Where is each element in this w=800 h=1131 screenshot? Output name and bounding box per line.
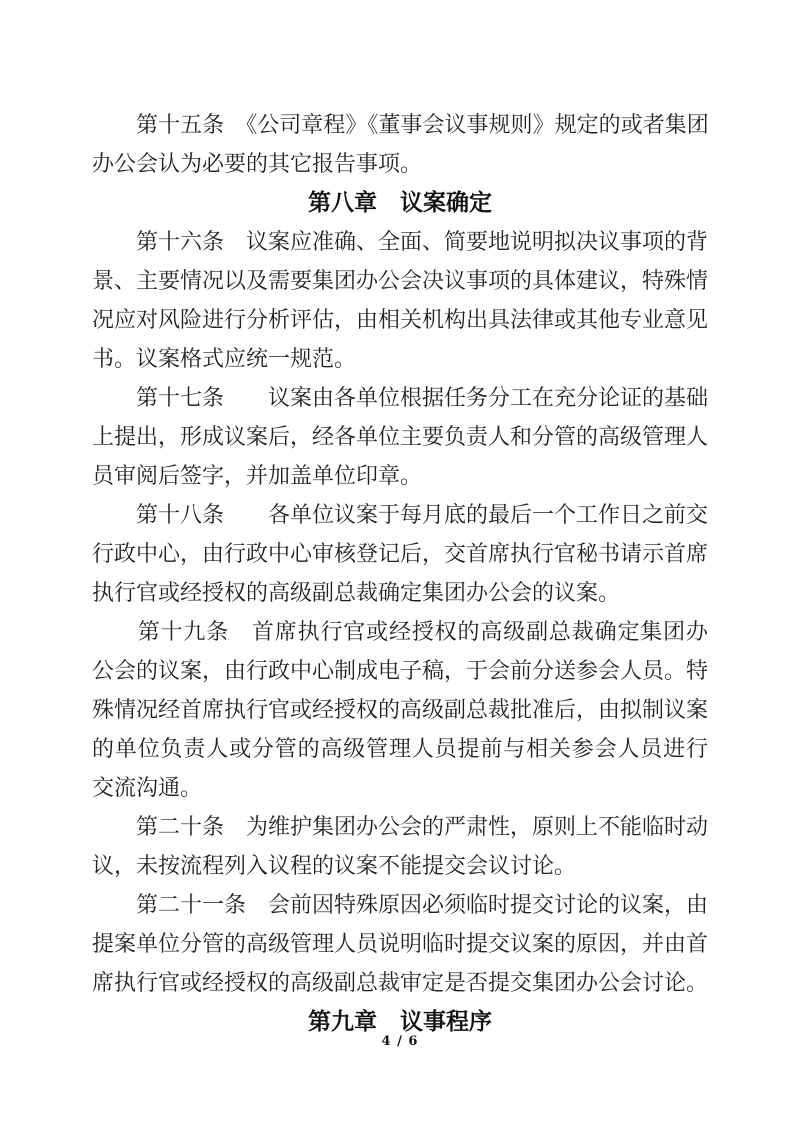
text-line: 第十六条 议案应准确、全面、简要地说明拟决议事项的背: [92, 223, 708, 262]
article-paragraph: 第十九条 首席执行官或经授权的高级副总裁确定集团办公会的议案，由行政中心制成电子…: [92, 613, 708, 808]
text-line: 议，未按流程列入议程的议案不能提交会议讨论。: [92, 847, 708, 886]
text-line: 第十九条 首席执行官或经授权的高级副总裁确定集团办: [92, 613, 708, 652]
page-number: 4 / 6: [0, 1033, 800, 1051]
text-line: 第二十条 为维护集团办公会的严肃性，原则上不能临时动: [92, 808, 708, 847]
text-line: 景、主要情况以及需要集团办公会决议事项的具体建议，特殊情: [92, 262, 708, 301]
article-paragraph: 第二十一条 会前因特殊原因必须临时提交讨论的议案，由提案单位分管的高级管理人员说…: [92, 886, 708, 1003]
text-line: 公会的议案，由行政中心制成电子稿，于会前分送参会人员。特: [92, 652, 708, 691]
text-line: 办公会认为必要的其它报告事项。: [92, 145, 708, 184]
text-line: 席执行官或经授权的高级副总裁审定是否提交集团办公会讨论。: [92, 964, 708, 1003]
text-line: 殊情况经首席执行官或经授权的高级副总裁批准后，由拟制议案: [92, 691, 708, 730]
text-line: 执行官或经授权的高级副总裁确定集团办公会的议案。: [92, 574, 708, 613]
text-line: 第十八条 各单位议案于每月底的最后一个工作日之前交: [92, 496, 708, 535]
chapter-heading: 第八章 议案确定: [92, 184, 708, 223]
text-line: 书。议案格式应统一规范。: [92, 340, 708, 379]
text-line: 第十七条 议案由各单位根据任务分工在充分论证的基础: [92, 379, 708, 418]
text-line: 交流沟通。: [92, 769, 708, 808]
text-line: 第十五条 《公司章程》《董事会议事规则》规定的或者集团: [92, 106, 708, 145]
document-page: 第十五条 《公司章程》《董事会议事规则》规定的或者集团办公会认为必要的其它报告事…: [0, 0, 800, 1131]
text-line: 况应对风险进行分析评估，由相关机构出具法律或其他专业意见: [92, 301, 708, 340]
text-line: 员审阅后签字，并加盖单位印章。: [92, 457, 708, 496]
text-line: 上提出，形成议案后，经各单位主要负责人和分管的高级管理人: [92, 418, 708, 457]
document-body: 第十五条 《公司章程》《董事会议事规则》规定的或者集团办公会认为必要的其它报告事…: [92, 106, 708, 1042]
text-line: 的单位负责人或分管的高级管理人员提前与相关参会人员进行: [92, 730, 708, 769]
text-line: 第二十一条 会前因特殊原因必须临时提交讨论的议案，由: [92, 886, 708, 925]
article-paragraph: 第二十条 为维护集团办公会的严肃性，原则上不能临时动议，未按流程列入议程的议案不…: [92, 808, 708, 886]
article-paragraph: 第十六条 议案应准确、全面、简要地说明拟决议事项的背景、主要情况以及需要集团办公…: [92, 223, 708, 379]
text-line: 行政中心，由行政中心审核登记后，交首席执行官秘书请示首席: [92, 535, 708, 574]
article-paragraph: 第十八条 各单位议案于每月底的最后一个工作日之前交行政中心，由行政中心审核登记后…: [92, 496, 708, 613]
text-line: 提案单位分管的高级管理人员说明临时提交议案的原因，并由首: [92, 925, 708, 964]
article-paragraph: 第十七条 议案由各单位根据任务分工在充分论证的基础上提出，形成议案后，经各单位主…: [92, 379, 708, 496]
article-paragraph: 第十五条 《公司章程》《董事会议事规则》规定的或者集团办公会认为必要的其它报告事…: [92, 106, 708, 184]
